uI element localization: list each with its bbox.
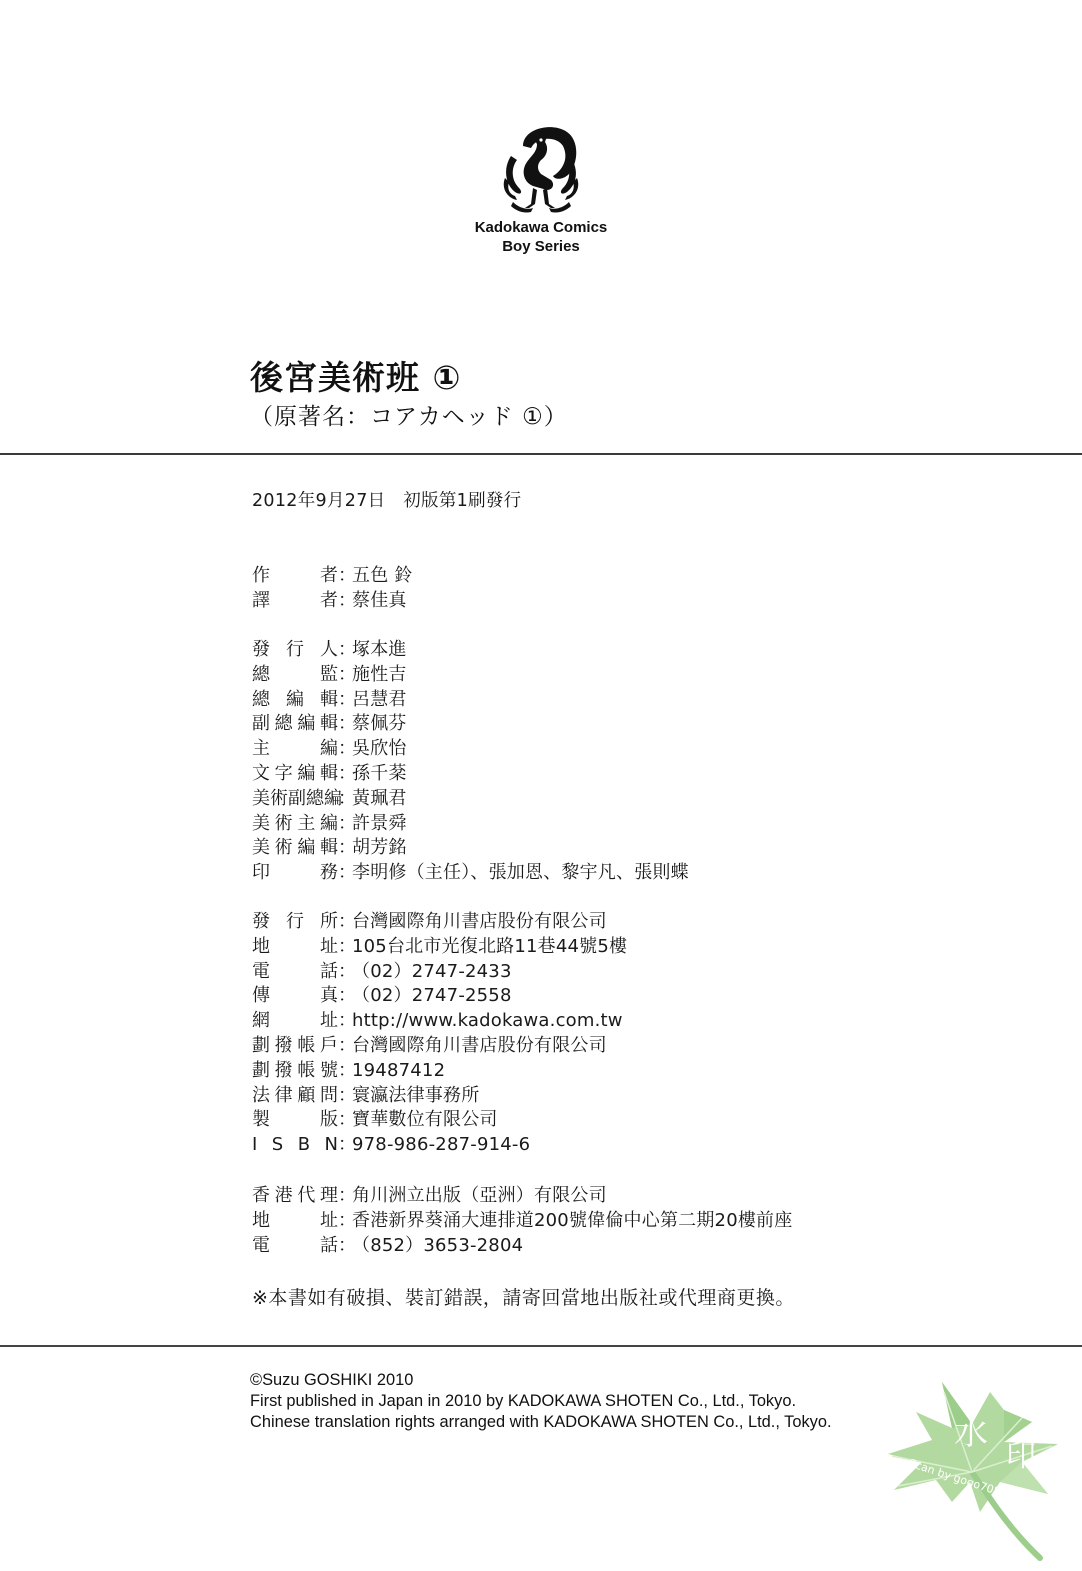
credit-label: 美術編輯 bbox=[252, 836, 338, 861]
credit-row: 美術編輯：胡芳銘 bbox=[252, 836, 689, 861]
credit-separator: ： bbox=[338, 1059, 352, 1084]
credit-row: 美術副總編：黃珮君 bbox=[252, 787, 689, 812]
credit-label-char: 法 bbox=[252, 1084, 270, 1109]
logo-line-2: Boy Series bbox=[0, 237, 1082, 256]
credit-label-char: 總 bbox=[306, 787, 324, 812]
credit-label-char: 副 bbox=[288, 787, 306, 812]
credit-label-char: 字 bbox=[275, 762, 293, 787]
credit-separator: ： bbox=[338, 836, 352, 861]
copyright-line-1: ©Suzu GOSHIKI 2010 bbox=[250, 1370, 832, 1391]
credit-value: 呂慧君 bbox=[352, 688, 407, 713]
credit-label-char: 輯 bbox=[320, 836, 338, 861]
credit-row: 發行所：台灣國際角川書店股份有限公司 bbox=[252, 910, 627, 935]
credit-label-char: B bbox=[298, 1133, 310, 1158]
credit-separator: ： bbox=[338, 1133, 352, 1158]
credit-value: （02）2747-2558 bbox=[352, 984, 512, 1009]
credit-label-char: 主 bbox=[297, 812, 315, 837]
edition-date: 2012年9月27日 初版第1刷發行 bbox=[252, 487, 521, 512]
credit-label: 發行所 bbox=[252, 910, 338, 935]
credit-label-char: 問 bbox=[320, 1084, 338, 1109]
credit-row: ISBN：978-986-287-914-6 bbox=[252, 1133, 627, 1158]
credit-label-char: 址 bbox=[320, 1209, 338, 1234]
credits-authors: 作者：五色 鈴譯者：蔡佳真 bbox=[252, 564, 413, 614]
credit-label-char: 印 bbox=[252, 861, 270, 886]
credit-label-char: 撥 bbox=[275, 1034, 293, 1059]
maple-leaf-icon: 水 印 Scan by gogo70811 bbox=[872, 1362, 1072, 1567]
credit-value: http://www.kadokawa.com.tw bbox=[352, 1009, 623, 1034]
credit-label-char: 話 bbox=[320, 960, 338, 985]
credit-label-char: N bbox=[325, 1133, 338, 1158]
original-title: （原著名：コアカヘッド ①） bbox=[250, 398, 568, 431]
credit-label-char: 話 bbox=[320, 1234, 338, 1259]
credit-separator: ： bbox=[338, 737, 352, 762]
credit-label: 印務 bbox=[252, 861, 338, 886]
credit-row: 地址：105台北市光復北路11巷44號5樓 bbox=[252, 935, 627, 960]
credit-label-char: 總 bbox=[252, 663, 270, 688]
credit-label-char: 編 bbox=[297, 712, 315, 737]
credit-value: 黃珮君 bbox=[352, 787, 407, 812]
credit-label: 電話 bbox=[252, 1234, 338, 1259]
credit-label-char: 美 bbox=[252, 787, 270, 812]
credit-label-char: 港 bbox=[275, 1184, 293, 1209]
credit-label-char: 編 bbox=[297, 762, 315, 787]
credit-label: 副總編輯 bbox=[252, 712, 338, 737]
credit-label-char: S bbox=[272, 1133, 283, 1158]
credit-label-char: 輯 bbox=[320, 688, 338, 713]
credit-label-char: 文 bbox=[252, 762, 270, 787]
credit-separator: ： bbox=[338, 935, 352, 960]
credit-label-char: 編 bbox=[320, 737, 338, 762]
credit-separator: ： bbox=[338, 984, 352, 1009]
credit-row: 總編輯：呂慧君 bbox=[252, 688, 689, 713]
credit-label-char: 輯 bbox=[320, 712, 338, 737]
book-title: 後宮美術班 ① bbox=[250, 352, 461, 399]
credit-label-char: 譯 bbox=[252, 589, 270, 614]
credit-label: 美術副總編 bbox=[252, 787, 338, 812]
credit-separator: ： bbox=[338, 638, 352, 663]
credit-value: 105台北市光復北路11巷44號5樓 bbox=[352, 935, 627, 960]
credit-value: 孫千棻 bbox=[352, 762, 407, 787]
credit-label-char: 者 bbox=[320, 564, 338, 589]
credit-label-char: 總 bbox=[275, 712, 293, 737]
credit-separator: ： bbox=[338, 663, 352, 688]
credit-label: 總編輯 bbox=[252, 688, 338, 713]
credit-separator: ： bbox=[338, 1184, 352, 1209]
credit-label: 譯者 bbox=[252, 589, 338, 614]
credit-value: 蔡佳真 bbox=[352, 589, 407, 614]
credit-label-char: 所 bbox=[320, 910, 338, 935]
credit-separator: ： bbox=[338, 1084, 352, 1109]
credits-staff: 發行人：塚本進總監：施性吉總編輯：呂慧君副總編輯：蔡佩芬主編：吳欣怡文字編輯：孫… bbox=[252, 638, 689, 886]
credit-label: 傳真 bbox=[252, 984, 338, 1009]
credit-label-char: 電 bbox=[252, 960, 270, 985]
credit-label-char: 電 bbox=[252, 1234, 270, 1259]
credit-value: 寰瀛法律事務所 bbox=[352, 1084, 479, 1109]
credit-label: 法律顧問 bbox=[252, 1084, 338, 1109]
credit-separator: ： bbox=[338, 1209, 352, 1234]
publisher-logo: Kadokawa Comics Boy Series bbox=[0, 118, 1082, 256]
credit-separator: ： bbox=[338, 1108, 352, 1133]
credit-label: 網址 bbox=[252, 1009, 338, 1034]
credit-label-char: 作 bbox=[252, 564, 270, 589]
credit-value: （852）3653-2804 bbox=[352, 1234, 523, 1259]
credit-row: 香港代理：角川洲立出版（亞洲）有限公司 bbox=[252, 1184, 792, 1209]
credit-label-char: 香 bbox=[252, 1184, 270, 1209]
credit-value: 胡芳銘 bbox=[352, 836, 407, 861]
credit-row: 作者：五色 鈴 bbox=[252, 564, 413, 589]
credit-label-char: 劃 bbox=[252, 1059, 270, 1084]
credit-label: 電話 bbox=[252, 960, 338, 985]
credit-label-char: 製 bbox=[252, 1108, 270, 1133]
credit-separator: ： bbox=[338, 787, 352, 812]
credit-label-char: 網 bbox=[252, 1009, 270, 1034]
credit-row: 劃撥帳戶：台灣國際角川書店股份有限公司 bbox=[252, 1034, 627, 1059]
credit-separator: ： bbox=[338, 861, 352, 886]
credit-value: 五色 鈴 bbox=[352, 564, 413, 589]
credit-label-char: 編 bbox=[286, 688, 304, 713]
credit-separator: ： bbox=[338, 1234, 352, 1259]
credit-label: 劃撥帳號 bbox=[252, 1059, 338, 1084]
credit-row: 劃撥帳號：19487412 bbox=[252, 1059, 627, 1084]
divider-top bbox=[0, 453, 1082, 455]
credit-value: 李明修（主任）、張加恩、黎宇凡、張則蝶 bbox=[352, 861, 689, 886]
credit-separator: ： bbox=[338, 589, 352, 614]
credit-label-char: 監 bbox=[320, 663, 338, 688]
credit-label-char: 主 bbox=[252, 737, 270, 762]
credit-label-char: 代 bbox=[297, 1184, 315, 1209]
credit-label-char: 理 bbox=[320, 1184, 338, 1209]
credit-label: 主編 bbox=[252, 737, 338, 762]
credit-label: ISBN bbox=[252, 1133, 338, 1158]
credit-row: 副總編輯：蔡佩芬 bbox=[252, 712, 689, 737]
divider-bottom bbox=[0, 1345, 1082, 1347]
credit-label-char: 行 bbox=[286, 638, 304, 663]
credit-label-char: 術 bbox=[275, 836, 293, 861]
damage-notice: ※本書如有破損、裝訂錯誤，請寄回當地出版社或代理商更換。 bbox=[252, 1283, 795, 1310]
credit-label-char: 術 bbox=[270, 787, 288, 812]
credit-value: （02）2747-2433 bbox=[352, 960, 512, 985]
credit-value: 施性吉 bbox=[352, 663, 407, 688]
credit-separator: ： bbox=[338, 960, 352, 985]
credit-separator: ： bbox=[338, 910, 352, 935]
credit-label: 地址 bbox=[252, 1209, 338, 1234]
credit-label-char: 人 bbox=[320, 638, 338, 663]
credit-label: 美術主編 bbox=[252, 812, 338, 837]
credit-label-char: 者 bbox=[320, 589, 338, 614]
credit-label-char: 址 bbox=[320, 1009, 338, 1034]
credit-label: 劃撥帳戶 bbox=[252, 1034, 338, 1059]
credit-row: 譯者：蔡佳真 bbox=[252, 589, 413, 614]
watermark-glyph-2: 印 bbox=[1006, 1439, 1036, 1474]
credit-value: 978-986-287-914-6 bbox=[352, 1133, 530, 1158]
credit-value: 台灣國際角川書店股份有限公司 bbox=[352, 1034, 607, 1059]
credit-separator: ： bbox=[338, 712, 352, 737]
credit-label-char: 顧 bbox=[297, 1084, 315, 1109]
credit-label-char: 副 bbox=[252, 712, 270, 737]
credit-label-char: 傳 bbox=[252, 984, 270, 1009]
credit-label-char: 行 bbox=[286, 910, 304, 935]
credit-separator: ： bbox=[338, 1009, 352, 1034]
credit-row: 電話：（852）3653-2804 bbox=[252, 1234, 792, 1259]
copyright-line-2: First published in Japan in 2010 by KADO… bbox=[250, 1391, 832, 1412]
credit-label: 文字編輯 bbox=[252, 762, 338, 787]
credit-value: 台灣國際角川書店股份有限公司 bbox=[352, 910, 607, 935]
credit-label: 作者 bbox=[252, 564, 338, 589]
credits-hk-agent: 香港代理：角川洲立出版（亞洲）有限公司地址：香港新界葵涌大連排道200號偉倫中心… bbox=[252, 1184, 792, 1258]
credit-row: 地址：香港新界葵涌大連排道200號偉倫中心第二期20樓前座 bbox=[252, 1209, 792, 1234]
credit-separator: ： bbox=[338, 564, 352, 589]
credit-label: 總監 bbox=[252, 663, 338, 688]
credit-label-char: I bbox=[252, 1133, 257, 1158]
credit-row: 印務：李明修（主任）、張加恩、黎宇凡、張則蝶 bbox=[252, 861, 689, 886]
logo-line-1: Kadokawa Comics bbox=[0, 218, 1082, 237]
credit-label-char: 編 bbox=[320, 812, 338, 837]
credit-label: 地址 bbox=[252, 935, 338, 960]
credit-label-char: 美 bbox=[252, 812, 270, 837]
credit-value: 塚本進 bbox=[352, 638, 407, 663]
credit-row: 法律顧問：寰瀛法律事務所 bbox=[252, 1084, 627, 1109]
credit-row: 總監：施性吉 bbox=[252, 663, 689, 688]
credit-value: 蔡佩芬 bbox=[352, 712, 407, 737]
credit-label: 香港代理 bbox=[252, 1184, 338, 1209]
credit-label-char: 編 bbox=[297, 836, 315, 861]
credit-separator: ： bbox=[338, 688, 352, 713]
credit-label-char: 帳 bbox=[297, 1034, 315, 1059]
credit-row: 美術主編：許景舜 bbox=[252, 812, 689, 837]
credit-value: 許景舜 bbox=[352, 812, 407, 837]
credit-label-char: 版 bbox=[320, 1108, 338, 1133]
credit-separator: ： bbox=[338, 812, 352, 837]
credit-label-char: 發 bbox=[252, 638, 270, 663]
credit-label-char: 地 bbox=[252, 1209, 270, 1234]
credit-separator: ： bbox=[338, 762, 352, 787]
credits-publisher: 發行所：台灣國際角川書店股份有限公司地址：105台北市光復北路11巷44號5樓電… bbox=[252, 910, 627, 1158]
credit-label-char: 美 bbox=[252, 836, 270, 861]
credit-label-char: 帳 bbox=[297, 1059, 315, 1084]
credit-label-char: 真 bbox=[320, 984, 338, 1009]
copyright-line-3: Chinese translation rights arranged with… bbox=[250, 1412, 832, 1433]
credit-label-char: 劃 bbox=[252, 1034, 270, 1059]
credit-label-char: 地 bbox=[252, 935, 270, 960]
credit-label-char: 務 bbox=[320, 861, 338, 886]
credit-value: 吳欣怡 bbox=[352, 737, 407, 762]
credit-label: 製版 bbox=[252, 1108, 338, 1133]
phoenix-emblem-icon bbox=[493, 118, 589, 218]
credit-value: 香港新界葵涌大連排道200號偉倫中心第二期20樓前座 bbox=[352, 1209, 792, 1234]
credit-label: 發行人 bbox=[252, 638, 338, 663]
credit-row: 主編：吳欣怡 bbox=[252, 737, 689, 762]
credit-label-char: 戶 bbox=[320, 1034, 338, 1059]
credit-row: 製版：寶華數位有限公司 bbox=[252, 1108, 627, 1133]
credit-label-char: 術 bbox=[275, 812, 293, 837]
credit-row: 網址：http://www.kadokawa.com.tw bbox=[252, 1009, 627, 1034]
credit-row: 電話：（02）2747-2433 bbox=[252, 960, 627, 985]
credit-label-char: 號 bbox=[320, 1059, 338, 1084]
credit-label-char: 律 bbox=[275, 1084, 293, 1109]
credit-value: 角川洲立出版（亞洲）有限公司 bbox=[352, 1184, 607, 1209]
credit-label-char: 發 bbox=[252, 910, 270, 935]
credit-separator: ： bbox=[338, 1034, 352, 1059]
credit-row: 傳真：（02）2747-2558 bbox=[252, 984, 627, 1009]
credit-row: 文字編輯：孫千棻 bbox=[252, 762, 689, 787]
credit-label-char: 撥 bbox=[275, 1059, 293, 1084]
credit-label-char: 輯 bbox=[320, 762, 338, 787]
credit-value: 寶華數位有限公司 bbox=[352, 1108, 498, 1133]
copyright-block: ©Suzu GOSHIKI 2010 First published in Ja… bbox=[250, 1370, 832, 1433]
credit-value: 19487412 bbox=[352, 1059, 445, 1084]
credit-label-char: 址 bbox=[320, 935, 338, 960]
credit-label-char: 總 bbox=[252, 688, 270, 713]
credit-row: 發行人：塚本進 bbox=[252, 638, 689, 663]
watermark-glyph-1: 水 bbox=[954, 1413, 988, 1453]
